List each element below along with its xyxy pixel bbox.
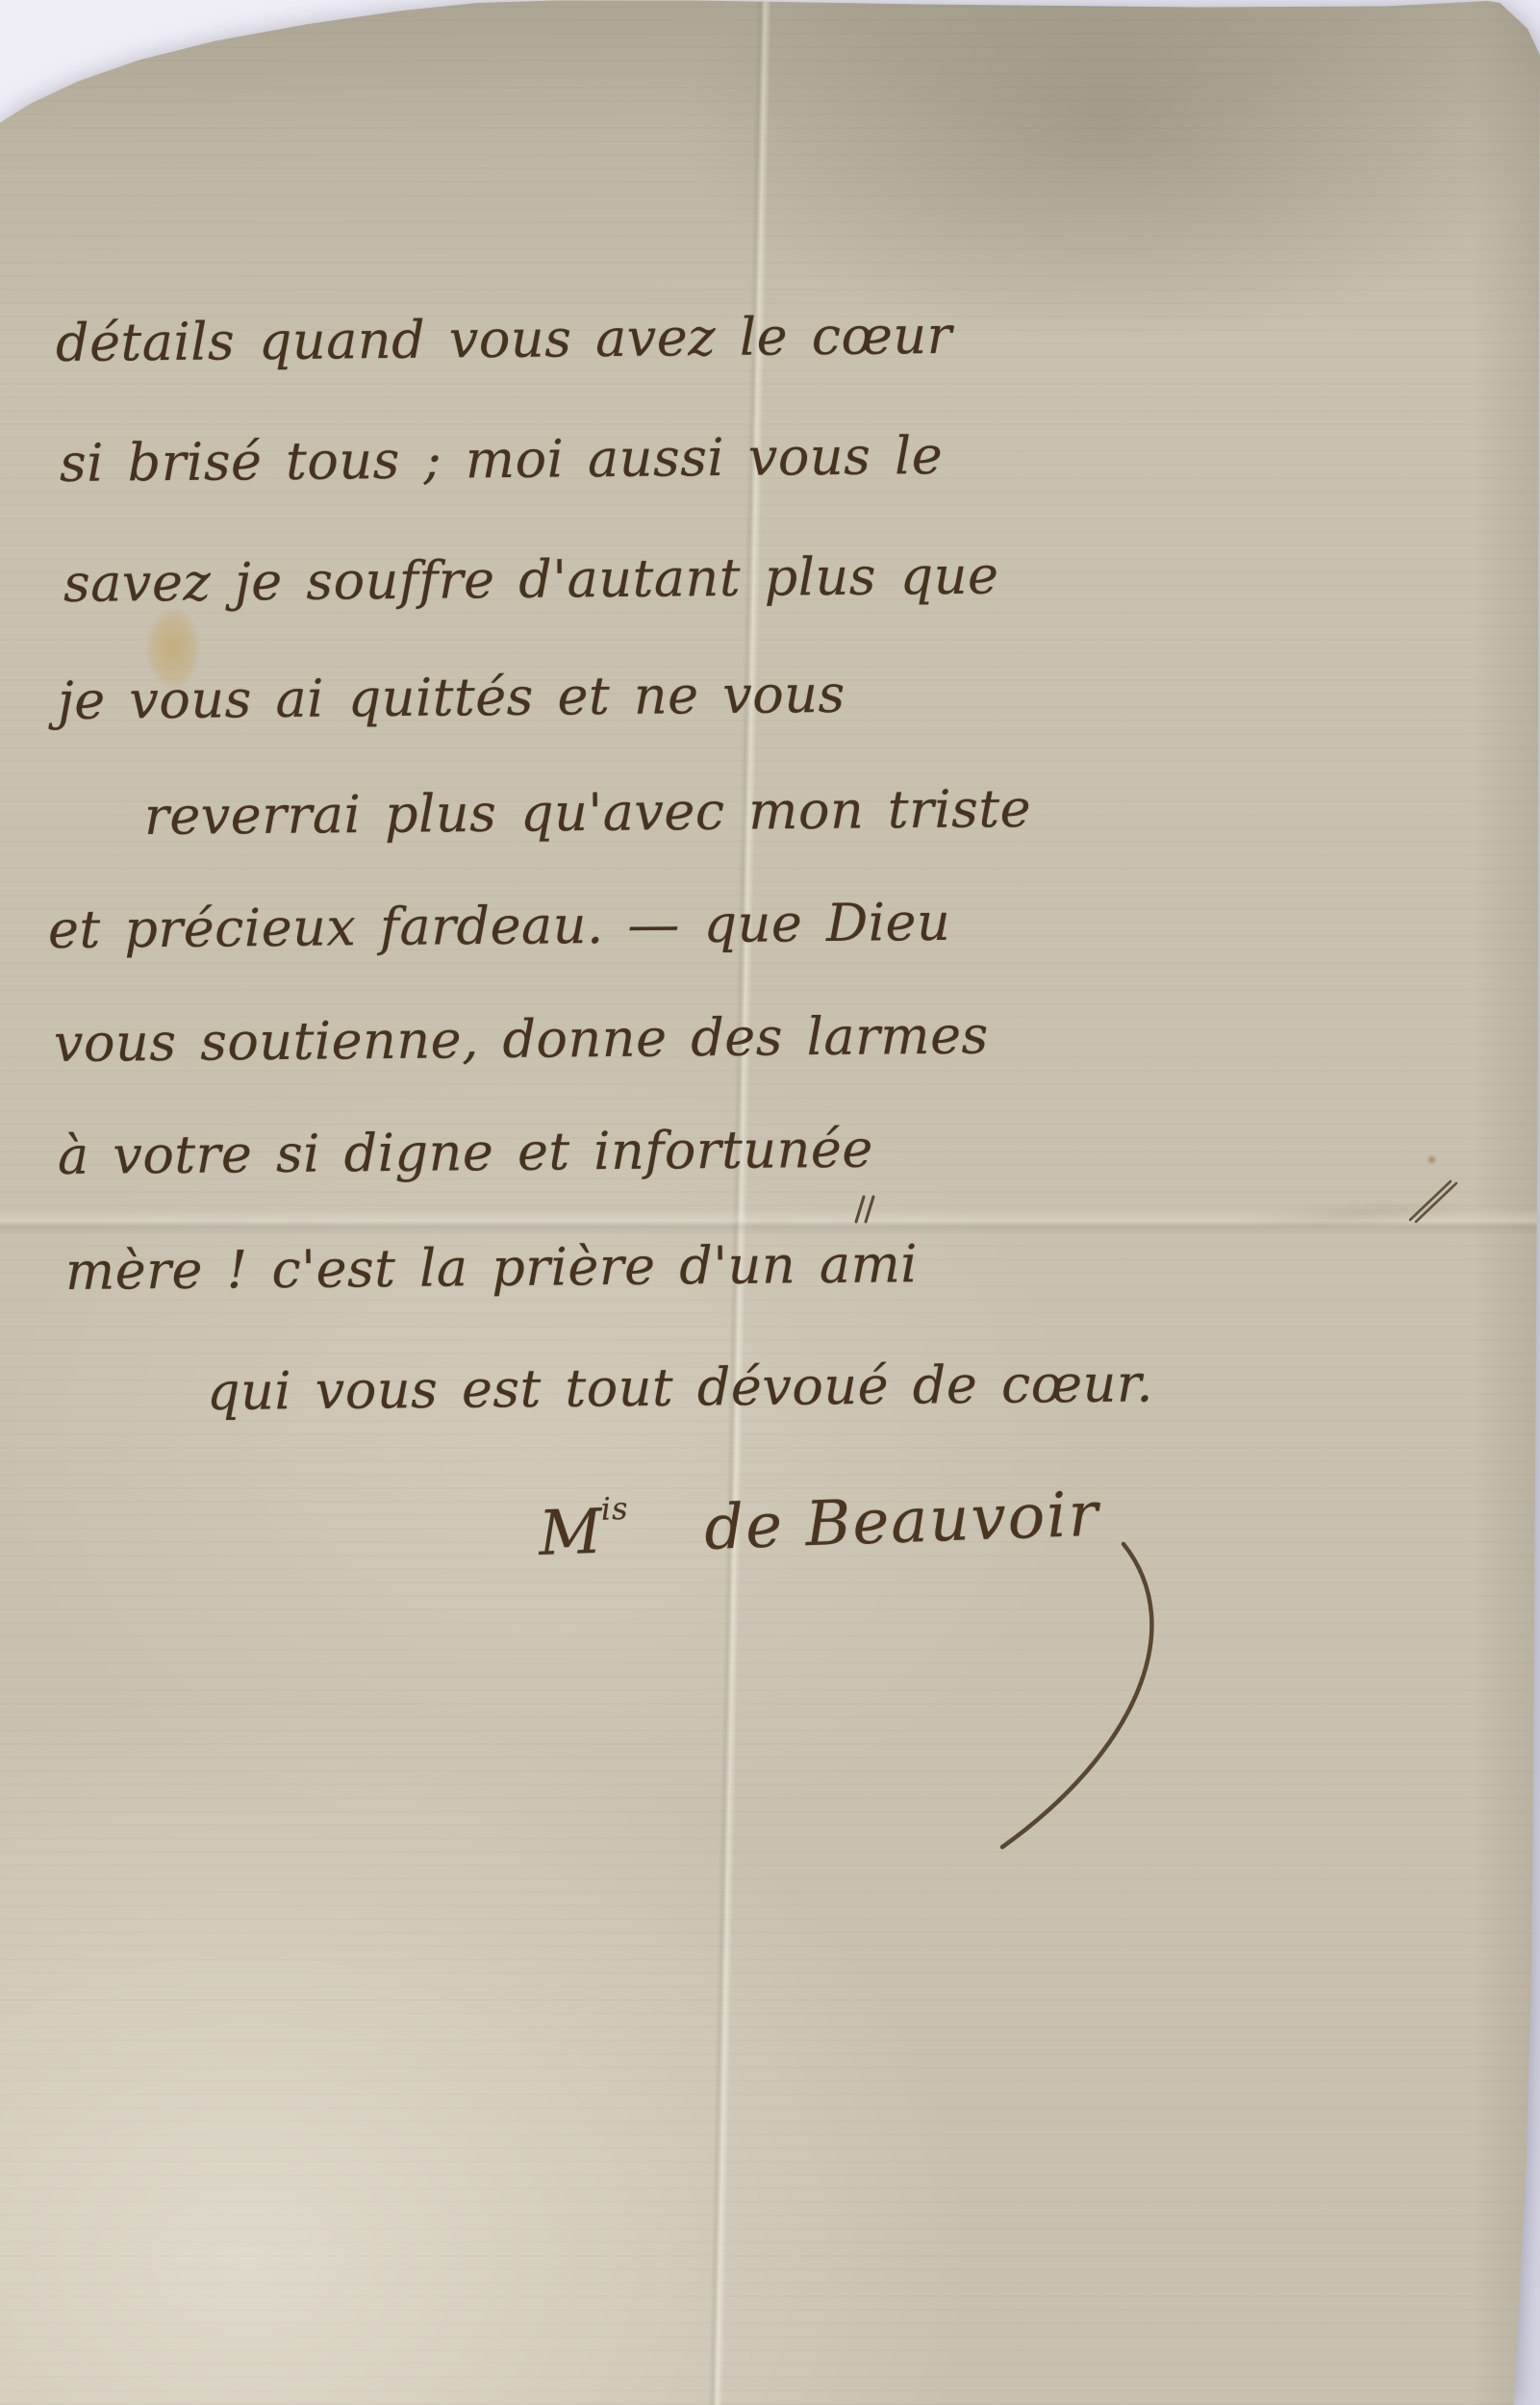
signature-initial: M [538, 1497, 603, 1570]
paper-wrinkle [1191, 1163, 1522, 1267]
signature-flourish-icon [962, 1534, 1231, 1861]
signature-superscript: is [600, 1490, 629, 1528]
handwritten-line: à votre si digne et infortunée [58, 1124, 873, 1182]
handwritten-line: vous soutienne, donne des larmes [54, 1010, 989, 1070]
caret-pen-mark-icon [854, 1195, 879, 1224]
handwritten-line: si brisé tous ; moi aussi vous le [60, 430, 944, 490]
letter-paper: détails quand vous avez le cœur si brisé… [0, 0, 1540, 2405]
handwritten-line: reverrai plus qu'avec mon triste [144, 783, 1031, 843]
letter-paper-wrapper: détails quand vous avez le cœur si brisé… [0, 0, 1540, 2405]
handwritten-line: savez je souffre d'autant plus que [63, 550, 999, 610]
ink-speck [1426, 1154, 1437, 1165]
handwritten-line: et précieux fardeau. — que Dieu [48, 897, 951, 956]
handwritten-line: détails quand vous avez le cœur [56, 310, 952, 369]
handwritten-line: mère ! c'est la prière d'un ami [65, 1238, 919, 1298]
pen-slash-mark-icon [1406, 1177, 1460, 1224]
handwritten-line: qui vous est tout dévoué de cœur. [207, 1357, 1153, 1418]
handwritten-line: je vous ai quittés et ne vous [58, 669, 846, 727]
photo-background: détails quand vous avez le cœur si brisé… [0, 0, 1540, 2405]
